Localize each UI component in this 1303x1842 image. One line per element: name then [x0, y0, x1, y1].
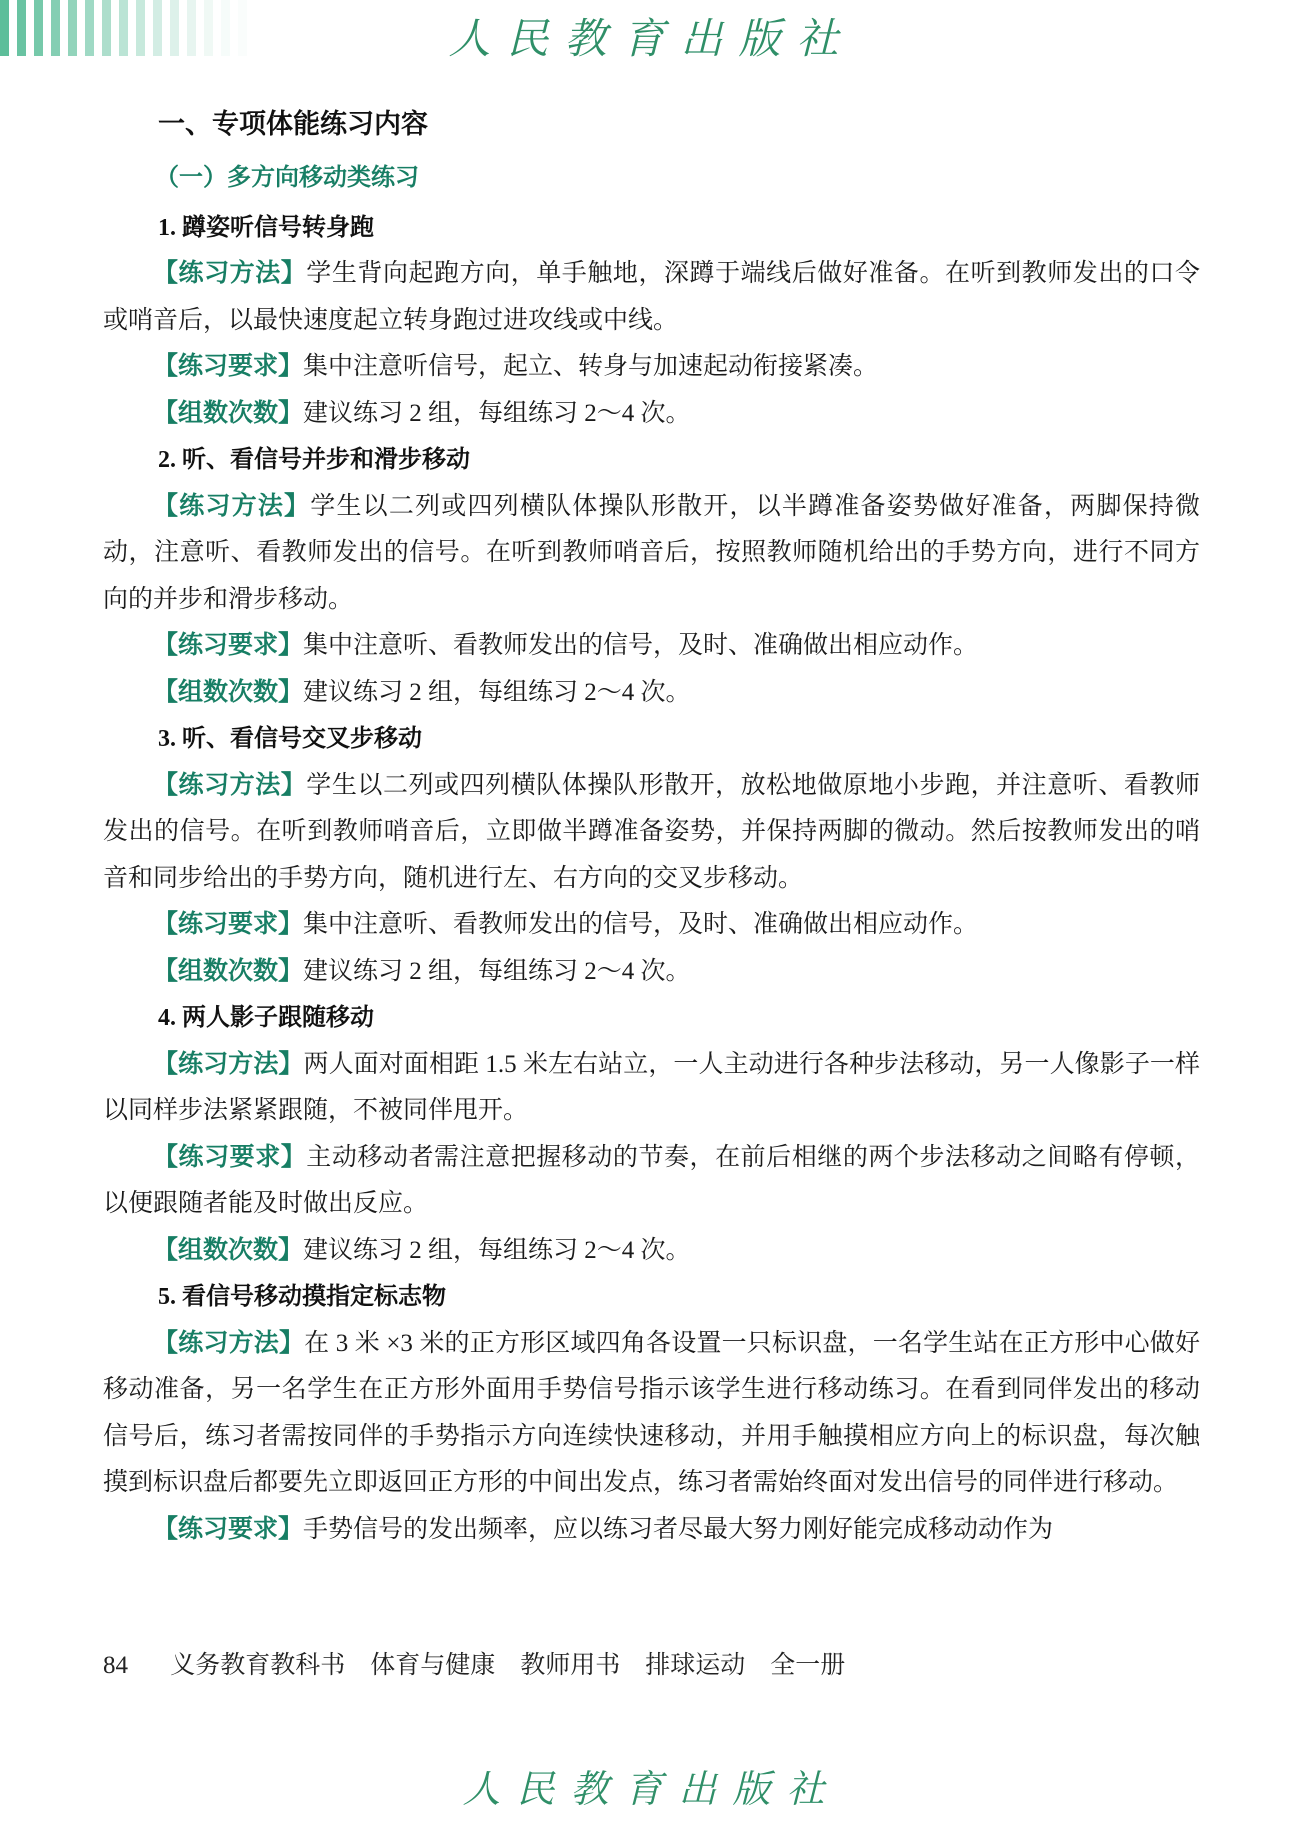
publisher-logo-bottom: 人民教育出版社 — [0, 1758, 1303, 1813]
requirement-text: 手势信号的发出频率，应以练习者尽最大努力刚好能完成移动动作为 — [303, 1516, 1053, 1543]
book-page: 人民教育出版社 一、专项体能练习内容 （一）多方向移动类练习 1. 蹲姿听信号转… — [0, 0, 1303, 1842]
sets-label: 【组数次数】 — [153, 400, 303, 427]
page-number: 84 — [103, 1652, 128, 1680]
method-label: 【练习方法】 — [153, 772, 306, 799]
sets-label: 【组数次数】 — [153, 958, 303, 985]
method-label: 【练习方法】 — [153, 1330, 304, 1357]
exercise-requirement: 【练习要求】主动移动者需注意把握移动的节奏，在前后相继的两个步法移动之间略有停顿… — [103, 1135, 1200, 1228]
exercise-heading: 1. 蹲姿听信号转身跑 — [103, 205, 1200, 252]
page-footer: 84 义务教育教科书 体育与健康 教师用书 排球运动 全一册 — [103, 1645, 1200, 1681]
requirement-label: 【练习要求】 — [153, 632, 303, 659]
page-content: 一、专项体能练习内容 （一）多方向移动类练习 1. 蹲姿听信号转身跑 【练习方法… — [103, 108, 1200, 1553]
exercise-heading: 4. 两人影子跟随移动 — [103, 995, 1200, 1042]
exercise-method: 【练习方法】学生以二列或四列横队体操队形散开，放松地做原地小步跑，并注意听、看教… — [103, 763, 1200, 903]
exercise-method: 【练习方法】在 3 米 ×3 米的正方形区域四角各设置一只标识盘，一名学生站在正… — [103, 1321, 1200, 1507]
requirement-label: 【练习要求】 — [153, 1144, 306, 1171]
sets-text: 建议练习 2 组，每组练习 2～4 次。 — [303, 958, 691, 985]
exercise-sets: 【组数次数】建议练习 2 组，每组练习 2～4 次。 — [103, 1228, 1200, 1275]
page-title: 一、专项体能练习内容 — [103, 108, 1200, 142]
method-label: 【练习方法】 — [153, 1051, 303, 1078]
exercise-method: 【练习方法】学生以二列或四列横队体操队形散开，以半蹲准备姿势做好准备，两脚保持微… — [103, 484, 1200, 624]
sets-label: 【组数次数】 — [153, 679, 303, 706]
exercise-requirement: 【练习要求】集中注意听、看教师发出的信号，及时、准确做出相应动作。 — [103, 623, 1200, 670]
exercise-sets: 【组数次数】建议练习 2 组，每组练习 2～4 次。 — [103, 949, 1200, 996]
exercise-method: 【练习方法】两人面对面相距 1.5 米左右站立，一人主动进行各种步法移动，另一人… — [103, 1042, 1200, 1135]
exercise-method: 【练习方法】学生背向起跑方向，单手触地，深蹲于端线后做好准备。在听到教师发出的口… — [103, 251, 1200, 344]
exercise-heading: 2. 听、看信号并步和滑步移动 — [103, 437, 1200, 484]
exercise-requirement: 【练习要求】集中注意听信号，起立、转身与加速起动衔接紧凑。 — [103, 344, 1200, 391]
requirement-label: 【练习要求】 — [153, 911, 303, 938]
requirement-label: 【练习要求】 — [153, 1516, 303, 1543]
exercise-heading: 5. 看信号移动摸指定标志物 — [103, 1274, 1200, 1321]
exercise-heading: 3. 听、看信号交叉步移动 — [103, 716, 1200, 763]
sets-text: 建议练习 2 组，每组练习 2～4 次。 — [303, 1237, 691, 1264]
requirement-label: 【练习要求】 — [153, 353, 303, 380]
requirement-text: 集中注意听、看教师发出的信号，及时、准确做出相应动作。 — [303, 632, 978, 659]
sets-label: 【组数次数】 — [153, 1237, 303, 1264]
sets-text: 建议练习 2 组，每组练习 2～4 次。 — [303, 400, 691, 427]
exercise-requirement: 【练习要求】集中注意听、看教师发出的信号，及时、准确做出相应动作。 — [103, 902, 1200, 949]
subsection-title: （一）多方向移动类练习 — [103, 162, 1200, 193]
method-label: 【练习方法】 — [153, 260, 306, 287]
requirement-text: 集中注意听、看教师发出的信号，及时、准确做出相应动作。 — [303, 911, 978, 938]
exercise-sets: 【组数次数】建议练习 2 组，每组练习 2～4 次。 — [103, 670, 1200, 717]
footer-book-title: 义务教育教科书 体育与健康 教师用书 排球运动 全一册 — [170, 1652, 845, 1679]
publisher-logo-top: 人民教育出版社 — [0, 6, 1303, 66]
exercise-requirement: 【练习要求】手势信号的发出频率，应以练习者尽最大努力刚好能完成移动动作为 — [103, 1507, 1200, 1554]
page-header: 人民教育出版社 — [0, 0, 1303, 62]
sets-text: 建议练习 2 组，每组练习 2～4 次。 — [303, 679, 691, 706]
requirement-text: 集中注意听信号，起立、转身与加速起动衔接紧凑。 — [303, 353, 878, 380]
method-label: 【练习方法】 — [153, 493, 310, 520]
exercise-sets: 【组数次数】建议练习 2 组，每组练习 2～4 次。 — [103, 391, 1200, 438]
